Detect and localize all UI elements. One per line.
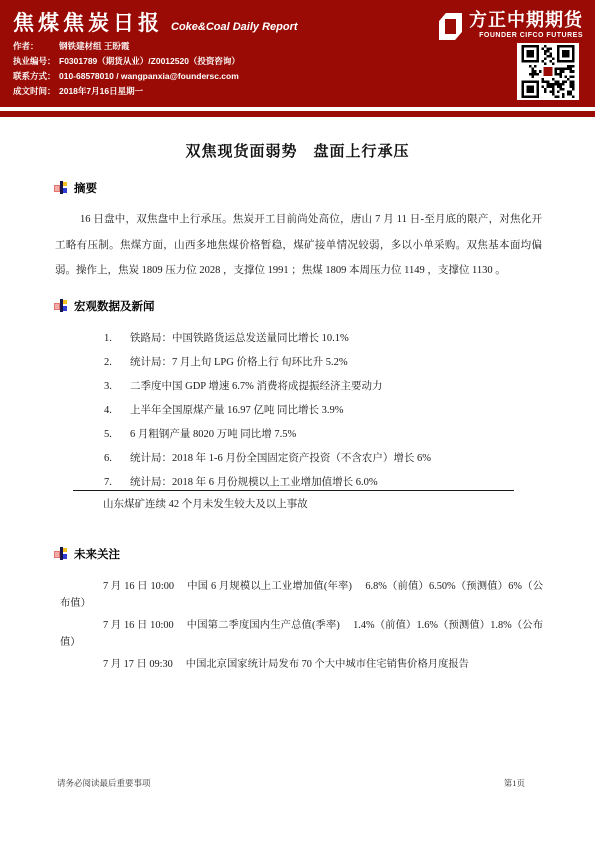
disclaimer-text: 请务必阅读最后重要事项 [57,777,151,789]
document-title: 双焦现货面弱势 盘面上行承压 [0,140,595,161]
meta-label: 联系方式： [13,69,59,84]
summary-paragraph: 16 日盘中，双焦盘中上行承压。焦炭开工目前尚处高位，唐山 7 月 11 日-至… [55,207,542,284]
item-number: 6. [104,447,130,471]
future-focus-list: 7 月 16 日 10:00中国 6 月规模以上工业增加值(年率) 6.8%（前… [60,578,543,678]
report-header: 焦煤焦炭日报Coke&Coal Daily Report 作者： 钢铁建材组 王… [0,0,595,107]
brand-name-cn: 方正中期期货 [469,10,583,30]
header-accent-stripe [0,111,595,117]
qr-code [517,43,579,100]
section-bullet-icon [54,181,67,194]
report-name-en: Coke&Coal Daily Report [171,21,298,33]
section-title: 未来关注 [74,549,120,561]
list-item: 4.上半年全国原煤产量 16.97 亿吨 同比增长 3.9% [104,399,544,423]
item-text: 统计局：7 月上旬 LPG 价格上行 旬环比升 5.2% [130,351,348,375]
item-text: 铁路局：中国铁路货运总发送量同比增长 10.1% [130,327,349,351]
future-item: 7 月 16 日 10:00中国第二季度国内生产总值(季率) 1.4%（前值）1… [60,617,543,651]
separator-line [73,490,514,491]
list-item: 7.统计局：2018 年 6 月份规模以上工业增加值增长 6.0% [104,471,544,495]
item-text: 二季度中国 GDP 增速 6.7% 消费将成提振经济主要动力 [130,375,383,399]
item-number: 2. [104,351,130,375]
section-heading-summary: 摘要 [54,180,97,196]
list-item: 6.统计局：2018 年 1-6 月份全国固定资产投资（不含农户）增长 6% [104,447,544,471]
meta-date: 成文时间： 2018年7月16日星期一 [13,84,240,99]
item-number: 5. [104,423,130,447]
event-datetime: 7 月 17 日 09:30 [103,659,173,670]
item-number: 4. [104,399,130,423]
item-number: 7. [104,471,130,495]
page-footer: 请务必阅读最后重要事项 第1页 [57,777,525,789]
list-item: 2.统计局：7 月上旬 LPG 价格上行 旬环比升 5.2% [104,351,544,375]
meta-value: F0301789（期货从业）/Z0012520（投资咨询） [59,54,240,69]
item-text: 上半年全国原煤产量 16.97 亿吨 同比增长 3.9% [130,399,344,423]
masthead-title-row: 焦煤焦炭日报Coke&Coal Daily Report [13,7,298,37]
meta-label: 成文时间： [13,84,59,99]
report-name-cn: 焦煤焦炭日报 [13,12,163,35]
section-bullet-icon [54,547,67,560]
section-title: 摘要 [74,183,97,195]
section-heading-future: 未来关注 [54,546,120,562]
meta-license: 执业编号： F0301789（期货从业）/Z0012520（投资咨询） [13,54,240,69]
list-item: 5.6 月粗钢产量 8020 万吨 同比增 7.5% [104,423,544,447]
meta-author: 作者： 钢铁建材组 王盼霞 [13,39,240,54]
section-bullet-icon [54,299,67,312]
meta-label: 作者： [13,39,59,54]
future-item: 7 月 16 日 10:00中国 6 月规模以上工业增加值(年率) 6.8%（前… [60,578,543,612]
list-item: 1.铁路局：中国铁路货运总发送量同比增长 10.1% [104,327,544,351]
meta-value: 010-68578010 / wangpanxia@foundersc.com [59,69,239,84]
section-heading-macro: 宏观数据及新闻 [54,298,155,314]
report-page: 焦煤焦炭日报Coke&Coal Daily Report 作者： 钢铁建材组 王… [0,0,595,842]
brand-block: 方正中期期货 FOUNDER CIFCO FUTURES [439,10,583,40]
page-number: 第1页 [504,777,525,789]
macro-note: 山东煤矿连续 42 个月未发生较大及以上事故 [103,496,308,514]
brand-name-en: FOUNDER CIFCO FUTURES [469,32,583,39]
item-number: 1. [104,327,130,351]
meta-value: 2018年7月16日星期一 [59,84,143,99]
event-datetime: 7 月 16 日 10:00 [103,620,174,631]
list-item: 3.二季度中国 GDP 增速 6.7% 消费将成提振经济主要动力 [104,375,544,399]
future-item: 7 月 17 日 09:30中国北京国家统计局发布 70 个大中城市住宅销售价格… [60,656,543,673]
meta-label: 执业编号： [13,54,59,69]
meta-contact: 联系方式： 010-68578010 / wangpanxia@founders… [13,69,240,84]
meta-value: 钢铁建材组 王盼霞 [59,39,129,54]
item-number: 3. [104,375,130,399]
event-datetime: 7 月 16 日 10:00 [103,581,174,592]
item-text: 统计局：2018 年 1-6 月份全国固定资产投资（不含农户）增长 6% [130,447,431,471]
founder-logo-icon [439,13,462,40]
brand-text: 方正中期期货 FOUNDER CIFCO FUTURES [469,10,583,39]
item-text: 6 月粗钢产量 8020 万吨 同比增 7.5% [130,423,296,447]
event-text: 中国北京国家统计局发布 70 个大中城市住宅销售价格月度报告 [186,659,469,670]
macro-news-list: 1.铁路局：中国铁路货运总发送量同比增长 10.1% 2.统计局：7 月上旬 L… [104,327,544,495]
section-title: 宏观数据及新闻 [74,301,155,313]
item-text: 统计局：2018 年 6 月份规模以上工业增加值增长 6.0% [130,471,378,495]
author-meta: 作者： 钢铁建材组 王盼霞 执业编号： F0301789（期货从业）/Z0012… [13,39,240,99]
qr-code-icon [519,45,577,98]
